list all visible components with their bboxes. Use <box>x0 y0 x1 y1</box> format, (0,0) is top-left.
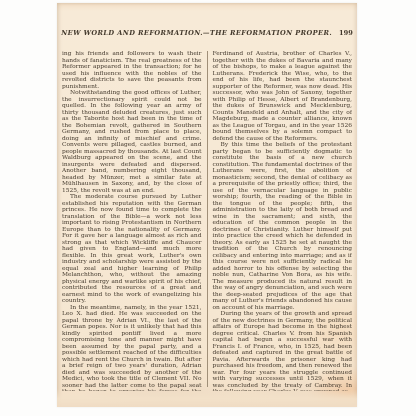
book-page: NEW WORLD AND REFORMATION.—THE REFORMATI… <box>57 3 357 407</box>
paragraph: By this time the beliefs of the protesta… <box>213 142 353 311</box>
paragraph: In the meantime, namely, in the year 152… <box>62 305 202 392</box>
paragraph: During the years of the growth and sprea… <box>213 311 353 391</box>
paragraph: The moderate course pursued by Luther es… <box>62 194 202 305</box>
column-divider-rule <box>207 51 208 387</box>
text-column-left: ing his friends and followers to wash th… <box>62 51 205 391</box>
page-text-body: ing his friends and followers to wash th… <box>62 51 352 391</box>
text-column-right: Ferdinand of Austria, brother of Charles… <box>210 51 353 391</box>
scan-background: NEW WORLD AND REFORMATION.—THE REFORMATI… <box>0 0 416 416</box>
page-number: 199 <box>339 29 353 37</box>
paragraph: Ferdinand of Austria, brother of Charles… <box>213 51 353 142</box>
running-header: NEW WORLD AND REFORMATION.—THE REFORMATI… <box>67 29 347 37</box>
paragraph: Notwithstanding the good offices of Luth… <box>62 90 202 194</box>
header-title: NEW WORLD AND REFORMATION.—THE REFORMATI… <box>61 29 332 37</box>
paragraph: ing his friends and followers to wash th… <box>62 51 202 90</box>
